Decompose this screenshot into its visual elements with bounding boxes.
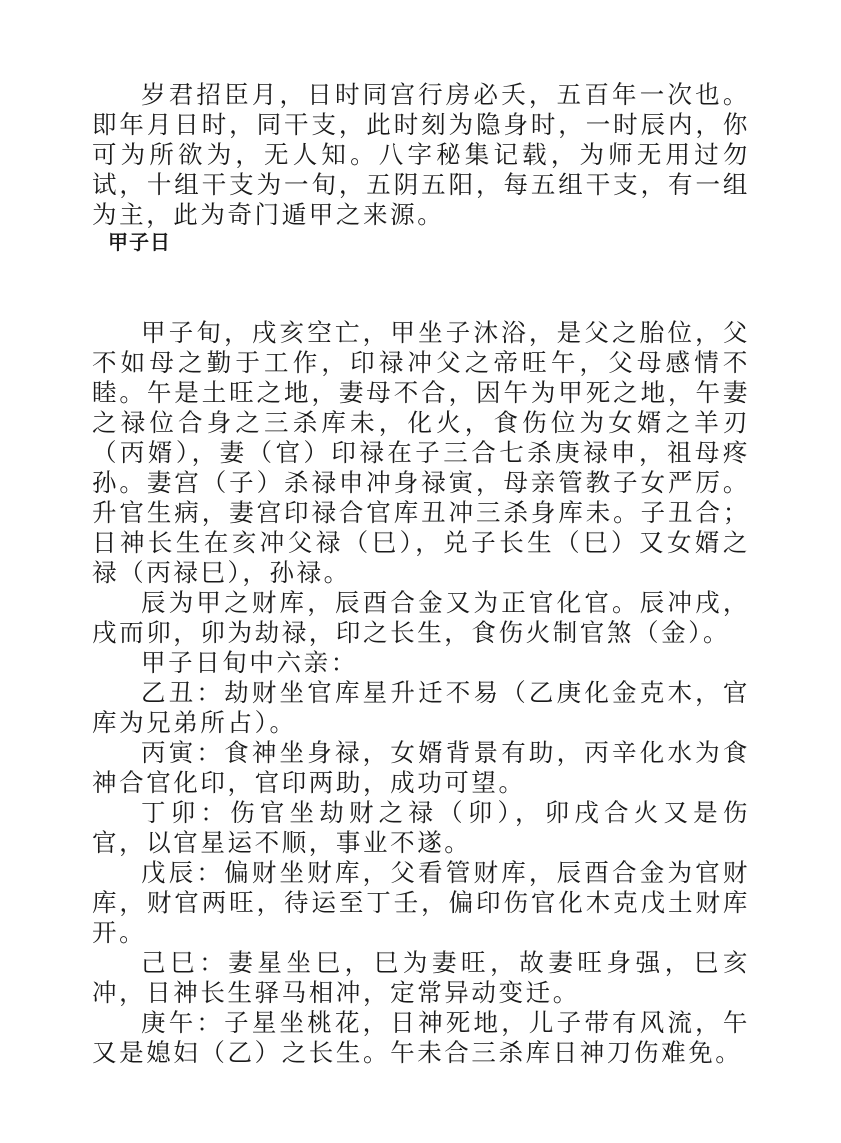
body-paragraph: 甲子日旬中六亲： xyxy=(92,648,750,678)
body-paragraph: 辰为甲之财库，辰酉合金又为正官化官。辰冲戌，戌而卯，卯为劫禄，印之长生，食伤火制… xyxy=(92,588,750,648)
body-paragraph: 庚午：子星坐桃花，日神死地，儿子带有风流，午又是媳妇（乙）之长生。午未合三杀库日… xyxy=(92,1008,750,1068)
section-heading: 甲子日 xyxy=(108,228,171,256)
body-paragraph: 戊辰：偏财坐财库，父看管财库，辰酉合金为官财库，财官两旺，待运至丁壬，偏印伤官化… xyxy=(92,858,750,948)
section-body: 甲子旬，戌亥空亡，甲坐子沐浴，是父之胎位，父不如母之勤于工作，印禄冲父之帝旺午，… xyxy=(92,318,750,1068)
body-paragraph: 甲子旬，戌亥空亡，甲坐子沐浴，是父之胎位，父不如母之勤于工作，印禄冲父之帝旺午，… xyxy=(92,318,750,588)
body-paragraph: 己巳：妻星坐巳，巳为妻旺，故妻旺身强，巳亥冲，日神长生驿马相冲，定常异动变迁。 xyxy=(92,948,750,1008)
intro-paragraph: 岁君招臣月，日时同宫行房必夭，五百年一次也。即年月日时，同干支，此时刻为隐身时，… xyxy=(92,80,750,230)
body-paragraph: 丁卯：伤官坐劫财之禄（卯），卯戌合火又是伤官，以官星运不顺，事业不遂。 xyxy=(92,798,750,858)
body-paragraph: 丙寅：食神坐身禄，女婿背景有助，丙辛化水为食神合官化印，官印两助，成功可望。 xyxy=(92,738,750,798)
body-paragraph: 乙丑：劫财坐官库星升迁不易（乙庚化金克木，官库为兄弟所占）。 xyxy=(92,678,750,738)
document-page: 岁君招臣月，日时同宫行房必夭，五百年一次也。即年月日时，同干支，此时刻为隐身时，… xyxy=(92,80,750,230)
